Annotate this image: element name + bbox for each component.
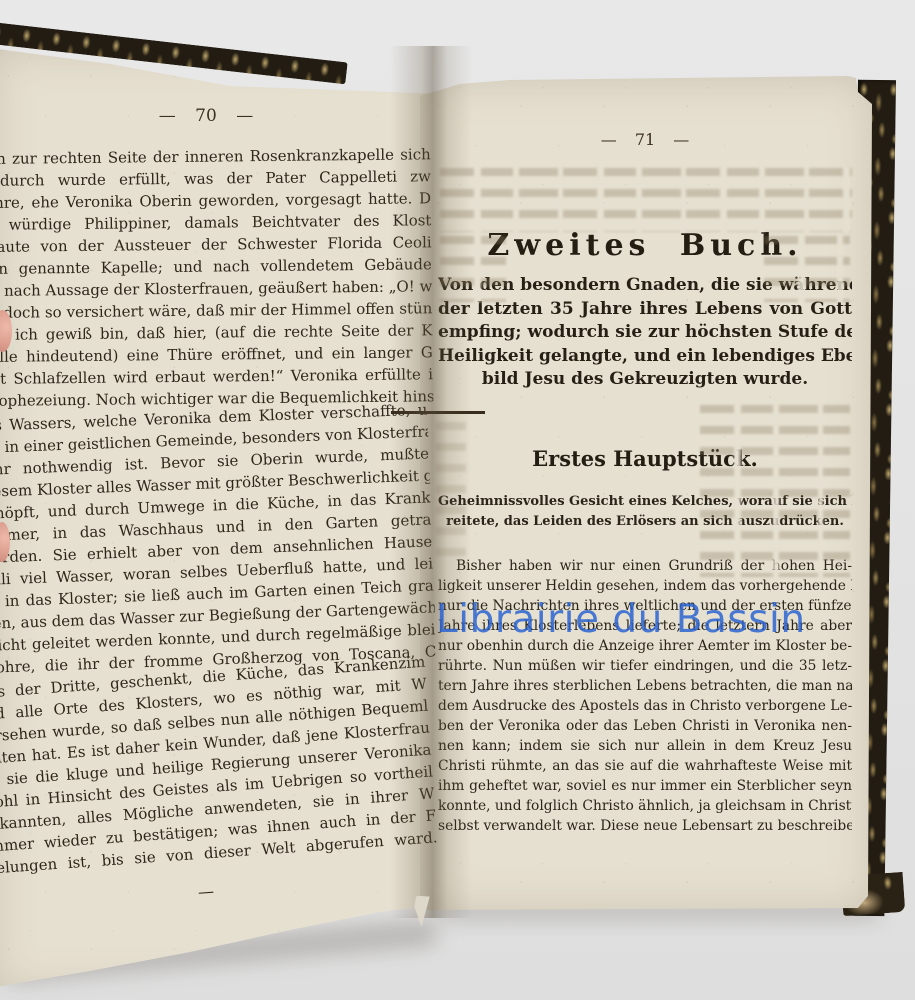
text-line: nen kann; indem sie sich nur allein in d… [438, 736, 852, 756]
page-71-number: — 71 — [438, 130, 852, 149]
text-line: Christi rühmte, an das sie auf die wahrh… [438, 756, 852, 776]
page-70-text-block: — 70 — och zur rechten Seite der inneren… [0, 106, 432, 901]
page-70-lines-middle: des Wassers, welche Veronika dem Kloster… [0, 399, 437, 679]
print-bleedthrough [440, 236, 506, 302]
text-line: tern Jahre ihres sterblichen Lebens betr… [438, 676, 852, 696]
print-bleedthrough [764, 236, 850, 302]
book-photo: — 70 — och zur rechten Seite der inneren… [0, 0, 915, 1000]
print-bleedthrough [700, 405, 850, 577]
text-line: dem Ausdrucke des Apostels das in Christ… [438, 696, 852, 716]
page-70-lines-bottom: mas der Dritte, geschenkt, die Küche, da… [0, 651, 438, 880]
print-bleedthrough [436, 422, 466, 562]
text-line: ligkeit unserer Heldin gesehen, indem da… [438, 576, 852, 596]
page-70-number: — 70 — [0, 106, 432, 126]
print-bleedthrough [440, 168, 852, 232]
bookseller-watermark: Librairie du Bassin [436, 597, 806, 642]
text-line: ihm geheftet war, soviel es nur immer ei… [438, 776, 852, 796]
page-70-lines-top: och zur rechten Seite der inneren Rosenk… [0, 143, 433, 412]
text-line: ben der Veronika oder das Leben Christi … [438, 716, 852, 736]
text-line: Heiligkeit gelangte, und ein lebendiges … [438, 345, 852, 369]
text-line: bild Jesu des Gekreuzigten wurde. [438, 368, 852, 392]
divider-rule [391, 411, 485, 414]
text-line: selbst verwandelt war. Diese neue Lebens… [438, 816, 852, 836]
text-line: empfing; wodurch sie zur höchsten Stufe … [438, 321, 852, 345]
text-line: konnte, und folglich Christo ähnlich, ja… [438, 796, 852, 816]
page-71-text-block: — 71 — Zweites Buch. Von den besondern G… [432, 78, 862, 914]
text-line: rührte. Nun müßen wir tiefer eindringen,… [438, 656, 852, 676]
